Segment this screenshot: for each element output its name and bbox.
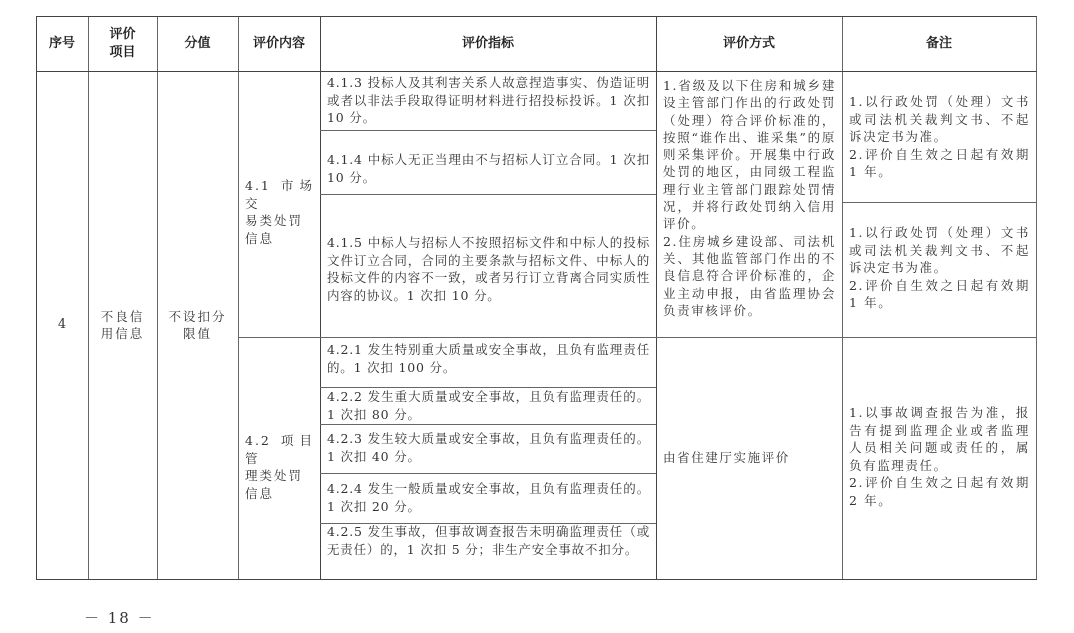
indicator-4-1-4: 4.1.4 中标人无正当理由不与招标人订立合同。1 次扣 10 分。: [320, 130, 656, 194]
content-4-2: 4.2 项目管 理类处罚 信息: [238, 337, 320, 579]
col-divider: [842, 16, 843, 580]
row-score: 不设扣分 限值: [157, 71, 238, 579]
header-notes: 备注: [842, 16, 1036, 71]
notes-4-1-a: 1.以行政处罚（处理）文书或司法机关裁判文书、不起诉决定书为准。 2.评价自生效…: [842, 71, 1036, 202]
row-seq: 4: [36, 71, 88, 579]
notes-4-1-b: 1.以行政处罚（处理）文书或司法机关裁判文书、不起诉决定书为准。 2.评价自生效…: [842, 202, 1036, 337]
group-divider: [238, 337, 1037, 338]
page-number: － 18 －: [84, 607, 155, 628]
notes-4-2: 1.以事故调查报告为准，报告有提到监理企业或者监理人员相关问题或责任的，属负有监…: [842, 337, 1036, 579]
header-divider: [36, 71, 1037, 72]
row-divider: [320, 523, 656, 524]
indicator-4-2-4: 4.2.4 发生一般质量或安全事故，且负有监理责任的。1 次扣 20 分。: [320, 473, 656, 523]
header-method: 评价方式: [656, 16, 842, 71]
row-divider: [320, 194, 656, 195]
row-divider: [320, 130, 656, 131]
col-divider: [656, 16, 657, 580]
indicator-4-2-5: 4.2.5 发生事故，但事故调查报告未明确监理责任（或无责任）的，1 次扣 5 …: [320, 523, 656, 579]
indicator-4-1-3: 4.1.3 投标人及其利害关系人故意捏造事实、伪造证明或者以非法手段取得证明材料…: [320, 71, 656, 130]
table-border-top: [36, 16, 1037, 17]
indicator-4-2-1: 4.2.1 发生特别重大质量或安全事故，且负有监理责任的。1 次扣 100 分。: [320, 337, 656, 387]
col-divider: [238, 16, 239, 580]
row-divider: [320, 387, 656, 388]
header-item: 评价 项目: [88, 16, 157, 71]
indicator-4-1-5: 4.1.5 中标人与招标人不按照招标文件和中标人的投标文件订立合同，合同的主要条…: [320, 194, 656, 337]
content-4-1: 4.1 市场交 易类处罚 信息: [238, 71, 320, 337]
header-seq: 序号: [36, 16, 88, 71]
indicator-4-2-3: 4.2.3 发生较大质量或安全事故，且负有监理责任的。1 次扣 40 分。: [320, 424, 656, 473]
table-border-left: [36, 16, 37, 580]
col-divider: [157, 16, 158, 580]
header-content: 评价内容: [238, 16, 320, 71]
col-divider: [88, 16, 89, 580]
method-4-1: 1.省级及以下住房和城乡建设主管部门作出的行政处罚（处理）符合评价标准的，按照“…: [656, 71, 842, 337]
row-divider: [842, 202, 1036, 203]
col-divider: [320, 16, 321, 580]
header-score: 分值: [157, 16, 238, 71]
row-divider: [320, 424, 656, 425]
indicator-4-2-2: 4.2.2 发生重大质量或安全事故，且负有监理责任的。1 次扣 80 分。: [320, 387, 656, 424]
table-border-bottom: [36, 579, 1037, 580]
method-4-2: 由省住建厅实施评价: [656, 337, 842, 579]
row-item: 不良信 用信息: [88, 71, 157, 579]
table-border-right: [1036, 16, 1037, 580]
header-indicator: 评价指标: [320, 16, 656, 71]
row-divider: [320, 473, 656, 474]
document-page: 序号 评价 项目 分值 评价内容 评价指标 评价方式 备注 4 不良信 用信息 …: [0, 0, 1074, 633]
